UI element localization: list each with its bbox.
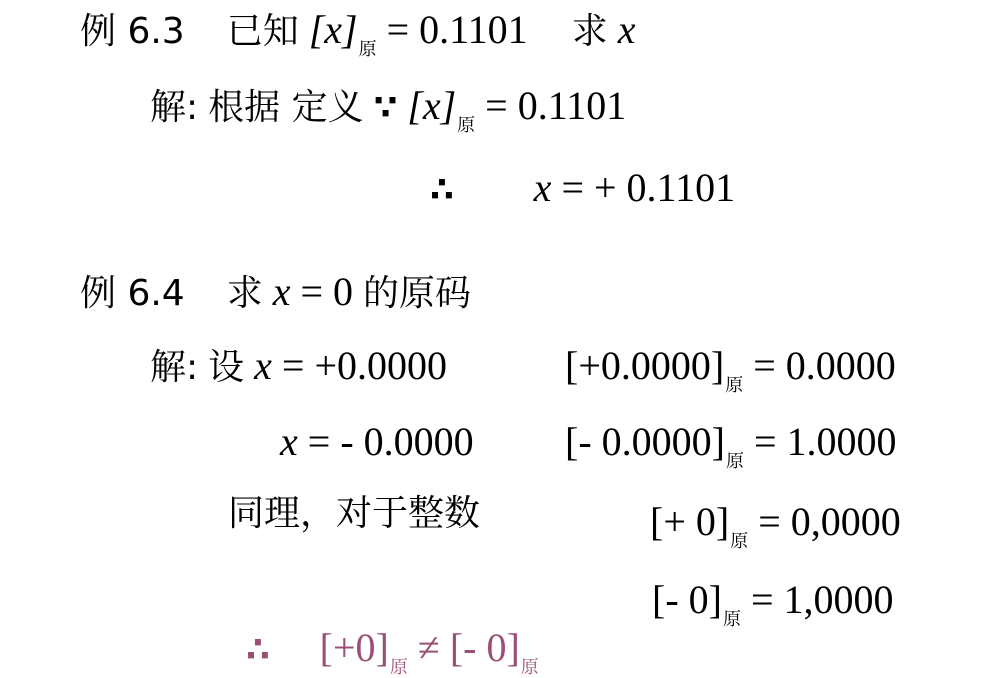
subscript-yuan: 原 (359, 39, 377, 60)
row-value: = +0.0000 (282, 343, 447, 388)
given-value: = 0.1101 (387, 7, 528, 52)
example-6-4-heading: 例 6.4 求 x = 0 的原码 (80, 272, 471, 312)
solution-value: = 0.1101 (485, 83, 626, 128)
row-value: = - 0.0000 (308, 419, 474, 464)
code-value: = 0,0000 (758, 499, 901, 544)
therefore-symbol: ∴ (246, 630, 270, 670)
code-bracket: [- 0] (652, 577, 722, 622)
example-6-3-heading: 例 6.3 已知 [x]原 = 0.1101 求 x (80, 10, 635, 50)
subscript-yuan: 原 (457, 115, 475, 136)
example-label: 例 6.4 (80, 273, 185, 314)
ask-var: x (618, 7, 636, 52)
therefore-symbol: ∴ (430, 170, 454, 210)
code-bracket: [- 0.0000] (565, 419, 725, 464)
because-symbol: ∵ (374, 88, 398, 128)
code-bracket: [+0.0000] (565, 343, 724, 388)
integer-row-2: [- 0]原 = 1,0000 (652, 580, 894, 620)
subscript-yuan: 原 (725, 375, 743, 396)
bracket-var: [x] (407, 83, 456, 128)
bracket-var: [x] (309, 7, 358, 52)
subscript-yuan: 原 (730, 531, 748, 552)
left-code: [+0] (320, 625, 389, 670)
ask-text: 求 (572, 11, 608, 52)
question-suffix: 的原码 (363, 273, 471, 314)
code-bracket: [+ 0] (650, 499, 729, 544)
example-6-4-row-1: 解: 设 x = +0.0000 (150, 346, 447, 386)
reason-text: 根据 定义 (208, 87, 363, 128)
code-value: = 1.0000 (754, 419, 897, 464)
result-var: x (534, 165, 552, 210)
example-6-3-result-line: ∴ x = + 0.1101 (430, 168, 735, 208)
example-6-4-code-1: [+0.0000]原 = 0.0000 (565, 346, 896, 386)
subscript-yuan: 原 (723, 609, 741, 630)
conclusion-line: ∴ [+0]原 ≠ [- 0]原 (246, 628, 539, 668)
subscript-yuan: 原 (726, 451, 744, 472)
result-value: = + 0.1101 (561, 165, 735, 210)
not-equal-sign: ≠ (418, 625, 440, 670)
subscript-yuan: 原 (390, 657, 408, 678)
example-6-4-code-2: [- 0.0000]原 = 1.0000 (565, 422, 897, 462)
question-var: x (273, 269, 291, 314)
example-6-4-row-2: x = - 0.0000 (280, 422, 474, 462)
solution-prefix: 解: (150, 87, 198, 128)
example-label: 例 6.3 (80, 11, 185, 52)
example-6-3-solution-line: 解: 根据 定义 ∵ [x]原 = 0.1101 (150, 86, 626, 126)
row-var: x (280, 419, 298, 464)
question-prefix: 求 (227, 273, 263, 314)
set-text: 设 (208, 347, 244, 388)
integer-row-1: [+ 0]原 = 0,0000 (650, 502, 901, 542)
row-var: x (254, 343, 272, 388)
right-code: [- 0] (450, 625, 520, 670)
integer-text: 同理，对于整数 (228, 496, 480, 532)
given-text: 已知 (227, 11, 299, 52)
question-eq: = 0 (300, 269, 353, 314)
code-value: = 0.0000 (753, 343, 896, 388)
subscript-yuan: 原 (521, 657, 539, 678)
code-value: = 1,0000 (751, 577, 894, 622)
solution-prefix: 解: (150, 347, 198, 388)
